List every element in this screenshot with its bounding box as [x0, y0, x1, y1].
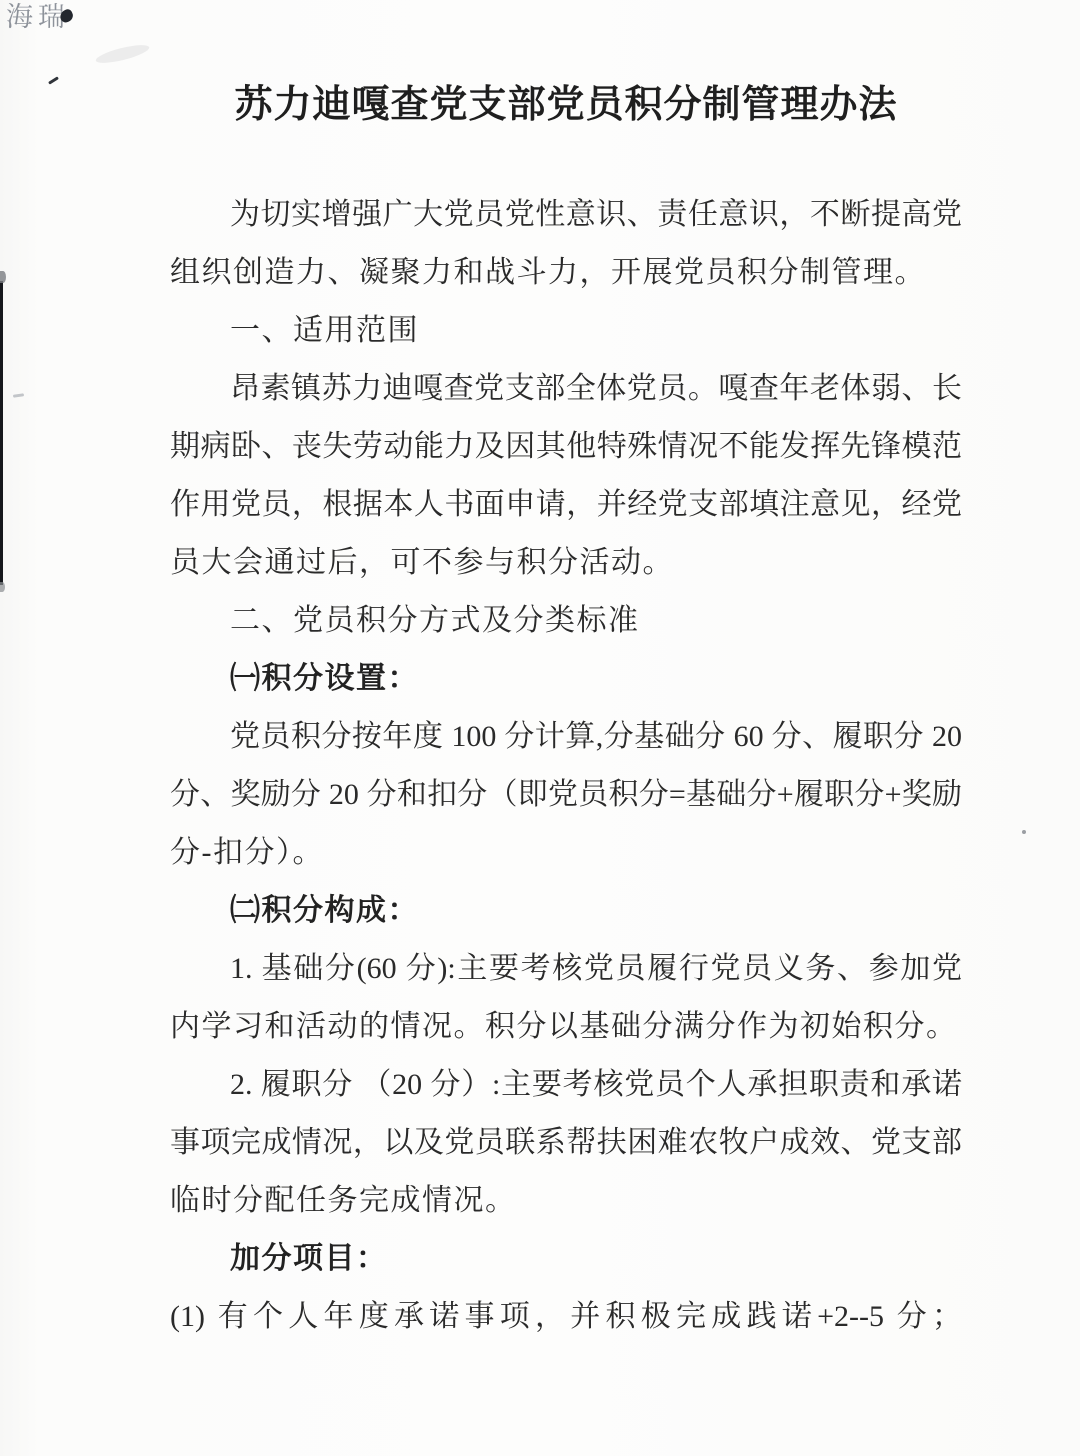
doc-line: 2. 履职分 （20 分）:主要考核党员个人承担职责和承诺	[170, 1056, 962, 1114]
doc-line: 事项完成情况，以及党员联系帮扶困难农牧户成效、党支部	[170, 1114, 962, 1172]
doc-line: ㈠积分设置：	[170, 650, 962, 708]
doc-line: 二、党员积分方式及分类标准	[170, 592, 962, 650]
document-title: 苏力迪嘎查党支部党员积分制管理办法	[170, 80, 962, 130]
document-column: 苏力迪嘎查党支部党员积分制管理办法 为切实增强广大党员党性意识、责任意识，不断提…	[170, 0, 962, 1346]
doc-line: 组织创造力、凝聚力和战斗力，开展党员积分制管理。	[170, 244, 962, 302]
doc-line: 昂素镇苏力迪嘎查党支部全体党员。嘎查年老体弱、长	[170, 360, 962, 418]
doc-line: 作用党员，根据本人书面申请，并经党支部填注意见，经党	[170, 476, 962, 534]
doc-line: (1) 有个人年度承诺事项，并积极完成践诺+2--5 分；	[170, 1288, 962, 1346]
doc-line: 一、适用范围	[170, 302, 962, 360]
doc-line: 为切实增强广大党员党性意识、责任意识，不断提高党	[170, 186, 962, 244]
doc-line: 加分项目：	[170, 1230, 962, 1288]
document-lines: 为切实增强广大党员党性意识、责任意识，不断提高党组织创造力、凝聚力和战斗力，开展…	[170, 186, 962, 1346]
doc-line: 分、奖励分 20 分和扣分（即党员积分=基础分+履职分+奖励	[170, 766, 962, 824]
doc-line: 员大会通过后，可不参与积分活动。	[170, 534, 962, 592]
stray-ink-dot	[1022, 830, 1026, 834]
doc-line: ㈡积分构成：	[170, 882, 962, 940]
scan-edge-smudge-top	[0, 271, 6, 283]
doc-line: 1. 基础分(60 分):主要考核党员履行党员义务、参加党	[170, 940, 962, 998]
scan-edge-line	[0, 281, 3, 585]
doc-line: 党员积分按年度 100 分计算,分基础分 60 分、履职分 20	[170, 708, 962, 766]
doc-line: 临时分配任务完成情况。	[170, 1172, 962, 1230]
scan-edge-smudge-bottom	[0, 582, 5, 592]
doc-line: 内学习和活动的情况。积分以基础分满分作为初始积分。	[170, 998, 962, 1056]
doc-line: 分-扣分）。	[170, 824, 962, 882]
doc-line: 期病卧、丧失劳动能力及因其他特殊情况不能发挥先锋模范	[170, 418, 962, 476]
